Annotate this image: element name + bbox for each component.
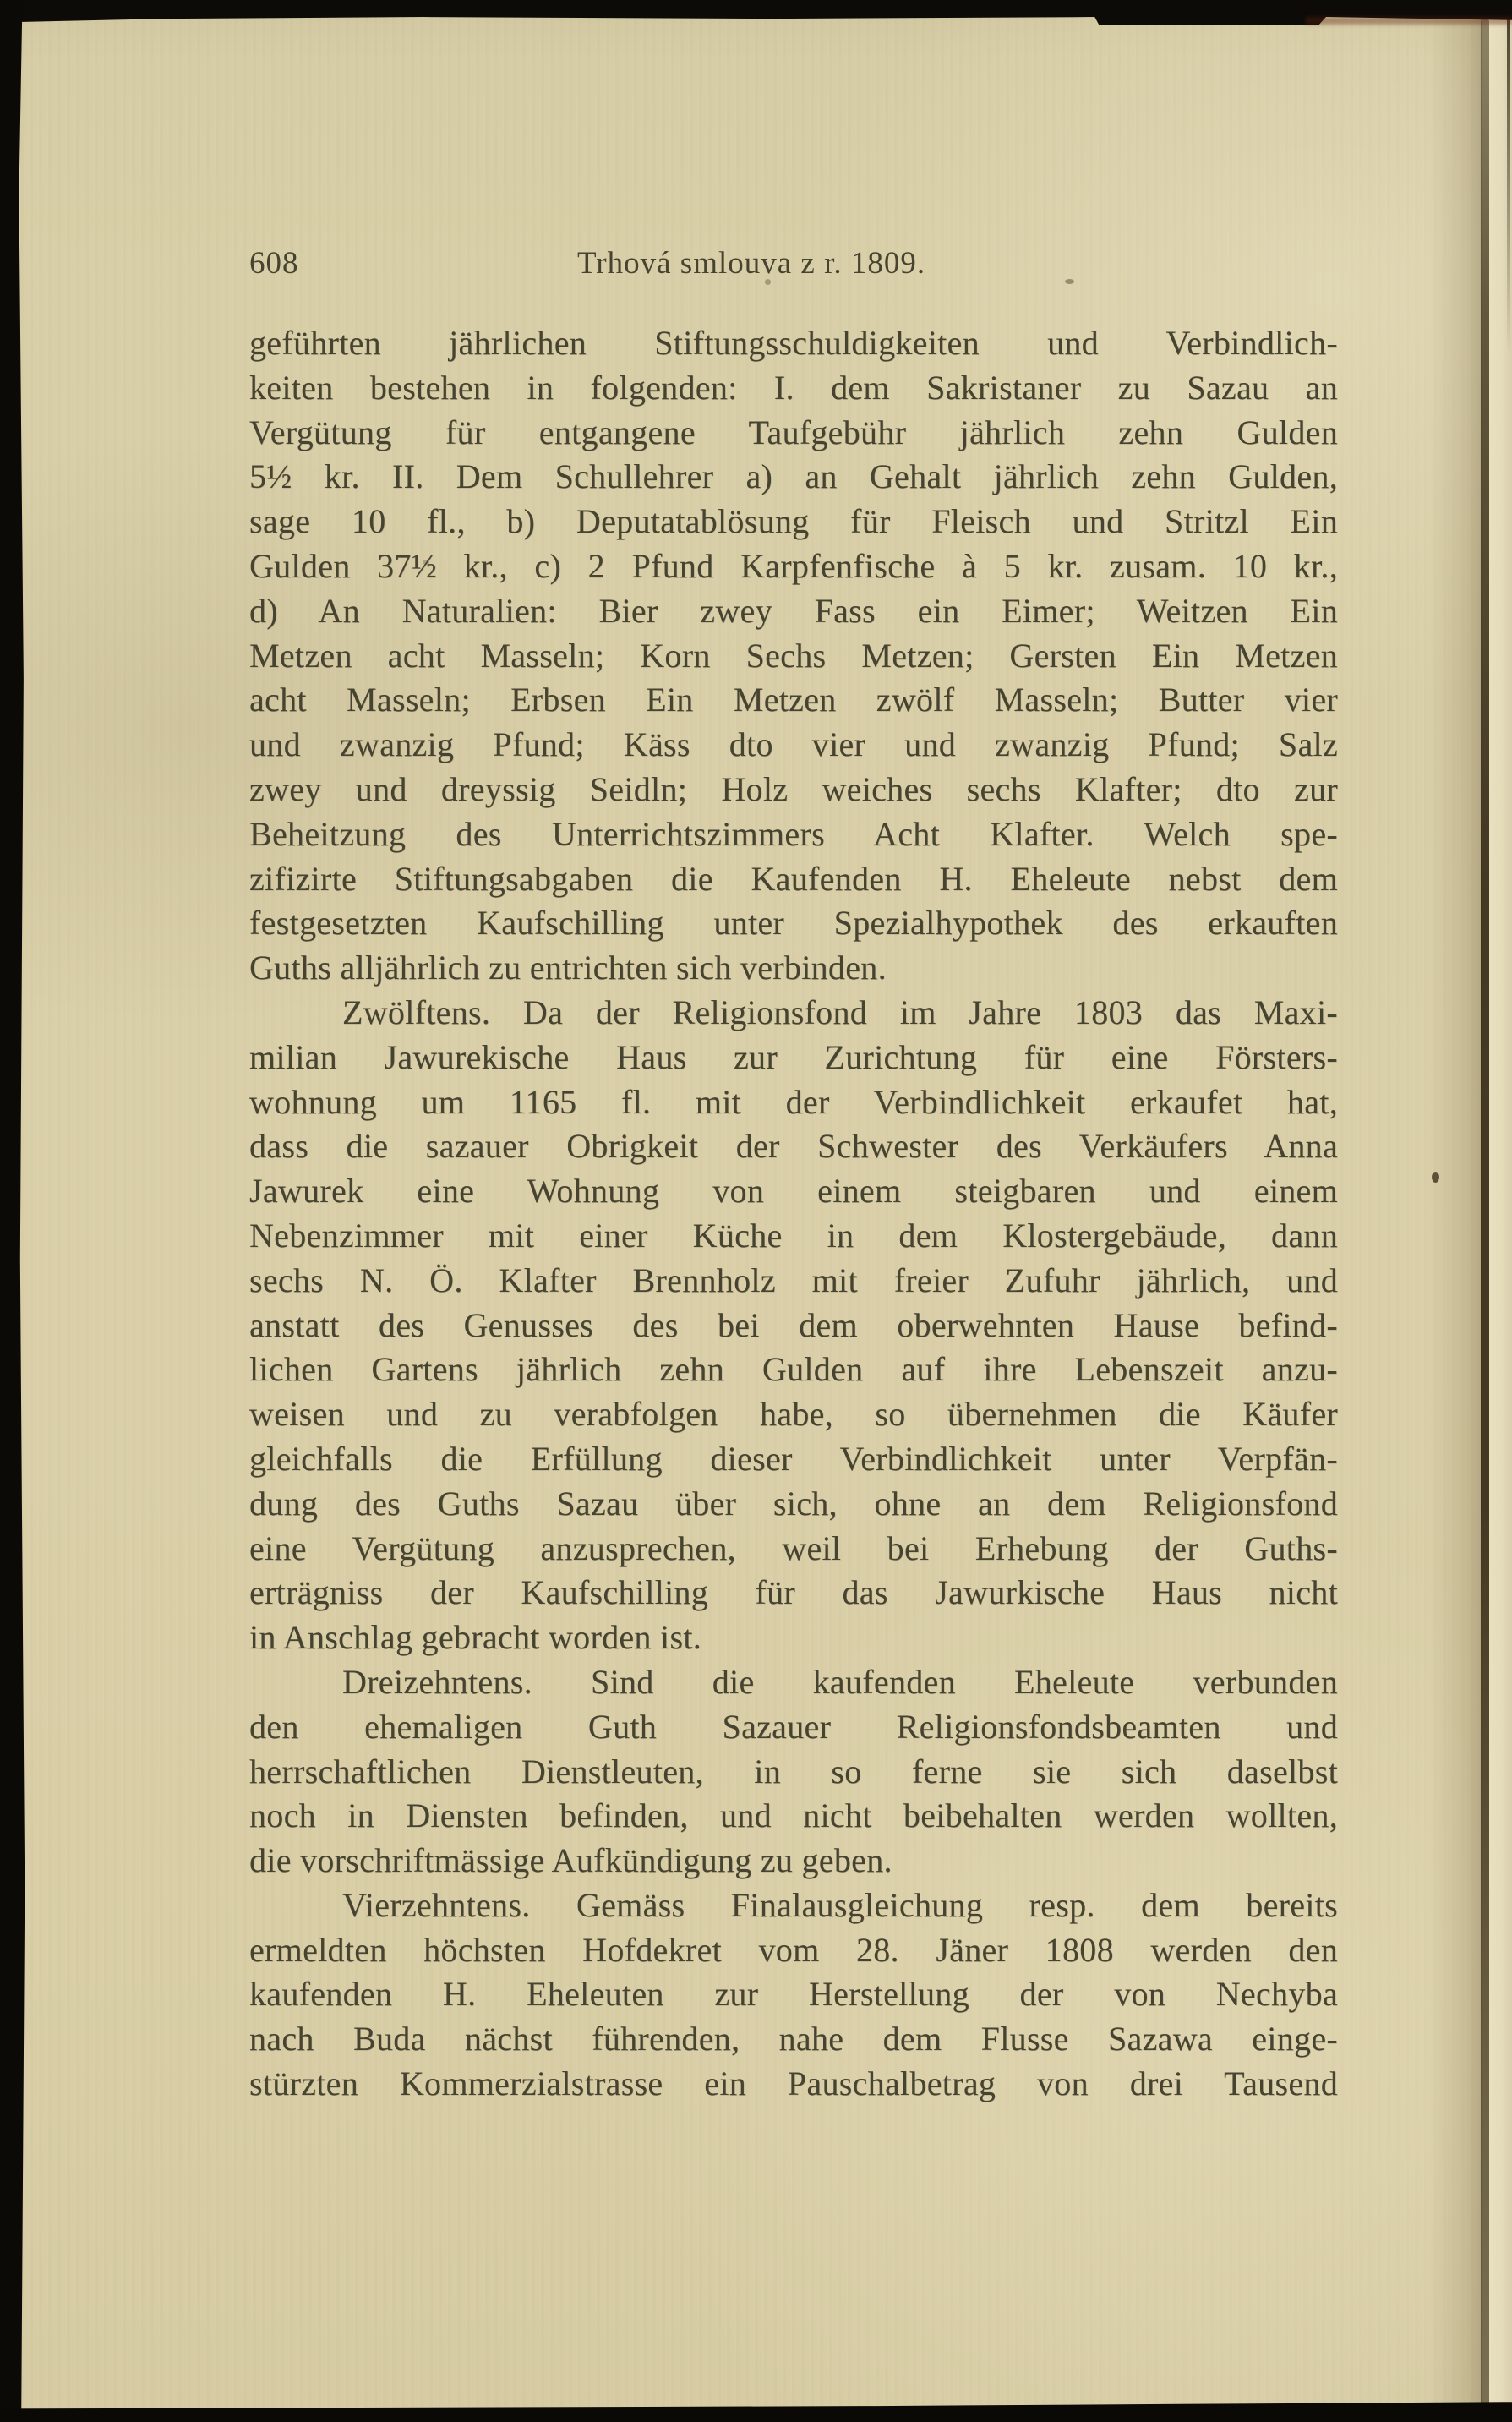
text-line: sage 10 fl., b) Deputatablösung für Flei… bbox=[249, 500, 1338, 544]
page-header: 608 Trhová smlouva z r. 1809. bbox=[0, 245, 1512, 287]
text-line: keiten bestehen in folgenden: I. dem Sak… bbox=[249, 366, 1338, 411]
text-line: festgesetzten Kaufschilling unter Spezia… bbox=[249, 901, 1338, 946]
text-line: kaufenden H. Eheleuten zur Herstellung d… bbox=[249, 1972, 1338, 2017]
text-line: weisen und zu verabfolgen habe, so übern… bbox=[249, 1392, 1338, 1437]
paper-speck bbox=[1432, 1172, 1439, 1183]
text-line: zifizirte Stiftungsabgaben die Kaufenden… bbox=[249, 857, 1338, 902]
text-line: sechs N. Ö. Klafter Brennholz mit freier… bbox=[249, 1259, 1338, 1304]
running-title: Trhová smlouva z r. 1809. bbox=[577, 245, 925, 282]
text-line: milian Jawurekische Haus zur Zurichtung … bbox=[249, 1036, 1338, 1080]
text-line: ermeldten höchsten Hofdekret vom 28. Jän… bbox=[249, 1928, 1338, 1973]
text-line: Nebenzimmer mit einer Küche in dem Klost… bbox=[249, 1214, 1338, 1259]
scan-border-smear bbox=[1306, 17, 1512, 25]
text-line: lichen Gartens jährlich zehn Gulden auf … bbox=[249, 1348, 1338, 1392]
text-line: dung des Guths Sazau über sich, ohne an … bbox=[249, 1482, 1338, 1527]
text-line: wohnung um 1165 fl. mit der Verbindlichk… bbox=[249, 1080, 1338, 1125]
text-line: d) An Naturalien: Bier zwey Fass ein Eim… bbox=[249, 589, 1338, 634]
text-line: geführten jährlichen Stiftungsschuldigke… bbox=[249, 321, 1338, 366]
text-line: den ehemaligen Guth Sazauer Religionsfon… bbox=[249, 1705, 1338, 1750]
text-line: Dreizehntens. Sind die kaufenden Eheleut… bbox=[249, 1660, 1338, 1705]
text-line: herrschaftlichen Dienstleuten, in so fer… bbox=[249, 1750, 1338, 1795]
text-line: Metzen acht Masseln; Korn Sechs Metzen; … bbox=[249, 634, 1338, 679]
text-line: Jawurek eine Wohnung von einem steigbare… bbox=[249, 1169, 1338, 1214]
text-line: und zwanzig Pfund; Käss dto vier und zwa… bbox=[249, 723, 1338, 768]
text-line: Zwölftens. Da der Religionsfond im Jahre… bbox=[249, 991, 1338, 1036]
next-page-edge bbox=[1489, 0, 1512, 2422]
page-fold-line bbox=[1481, 19, 1489, 2422]
text-line: Gulden 37½ kr., c) 2 Pfund Karpfenfische… bbox=[249, 544, 1338, 589]
text-line: 5½ kr. II. Dem Schullehrer a) an Gehalt … bbox=[249, 455, 1338, 500]
text-line: stürzten Kommerzialstrasse ein Pauschalb… bbox=[249, 2062, 1338, 2107]
text-line: Vergütung für entgangene Taufgebühr jähr… bbox=[249, 411, 1338, 456]
text-line: acht Masseln; Erbsen Ein Metzen zwölf Ma… bbox=[249, 678, 1338, 723]
text-line: dass die sazauer Obrigkeit der Schwester… bbox=[249, 1124, 1338, 1169]
text-line: Vierzehntens. Gemäss Finalausgleichung r… bbox=[249, 1883, 1338, 1928]
text-line: gleichfalls die Erfüllung dieser Verbind… bbox=[249, 1437, 1338, 1482]
text-line: die vorschriftmässige Aufkündigung zu ge… bbox=[249, 1839, 1338, 1883]
body-text: geführten jährlichen Stiftungsschuldigke… bbox=[249, 321, 1338, 2107]
gutter-shadow bbox=[1428, 0, 1482, 2422]
text-line: erträgniss der Kaufschilling für das Jaw… bbox=[249, 1571, 1338, 1616]
text-line: nach Buda nächst führenden, nahe dem Flu… bbox=[249, 2017, 1338, 2062]
text-line: Beheitzung des Unterrichtszimmers Acht K… bbox=[249, 812, 1338, 857]
page-number: 608 bbox=[249, 245, 299, 282]
text-line: Guths alljährlich zu entrichten sich ver… bbox=[249, 946, 1338, 991]
text-line: anstatt des Genusses des bei dem oberweh… bbox=[249, 1304, 1338, 1348]
text-line: zwey und dreyssig Seidln; Holz weiches s… bbox=[249, 768, 1338, 812]
scanned-book-page: 608 Trhová smlouva z r. 1809. geführten … bbox=[0, 0, 1512, 2422]
right-edge-line bbox=[1507, 0, 1510, 355]
text-line: eine Vergütung anzusprechen, weil bei Er… bbox=[249, 1527, 1338, 1572]
text-line: noch in Diensten befinden, und nicht bei… bbox=[249, 1794, 1338, 1839]
text-line: in Anschlag gebracht worden ist. bbox=[249, 1616, 1338, 1660]
